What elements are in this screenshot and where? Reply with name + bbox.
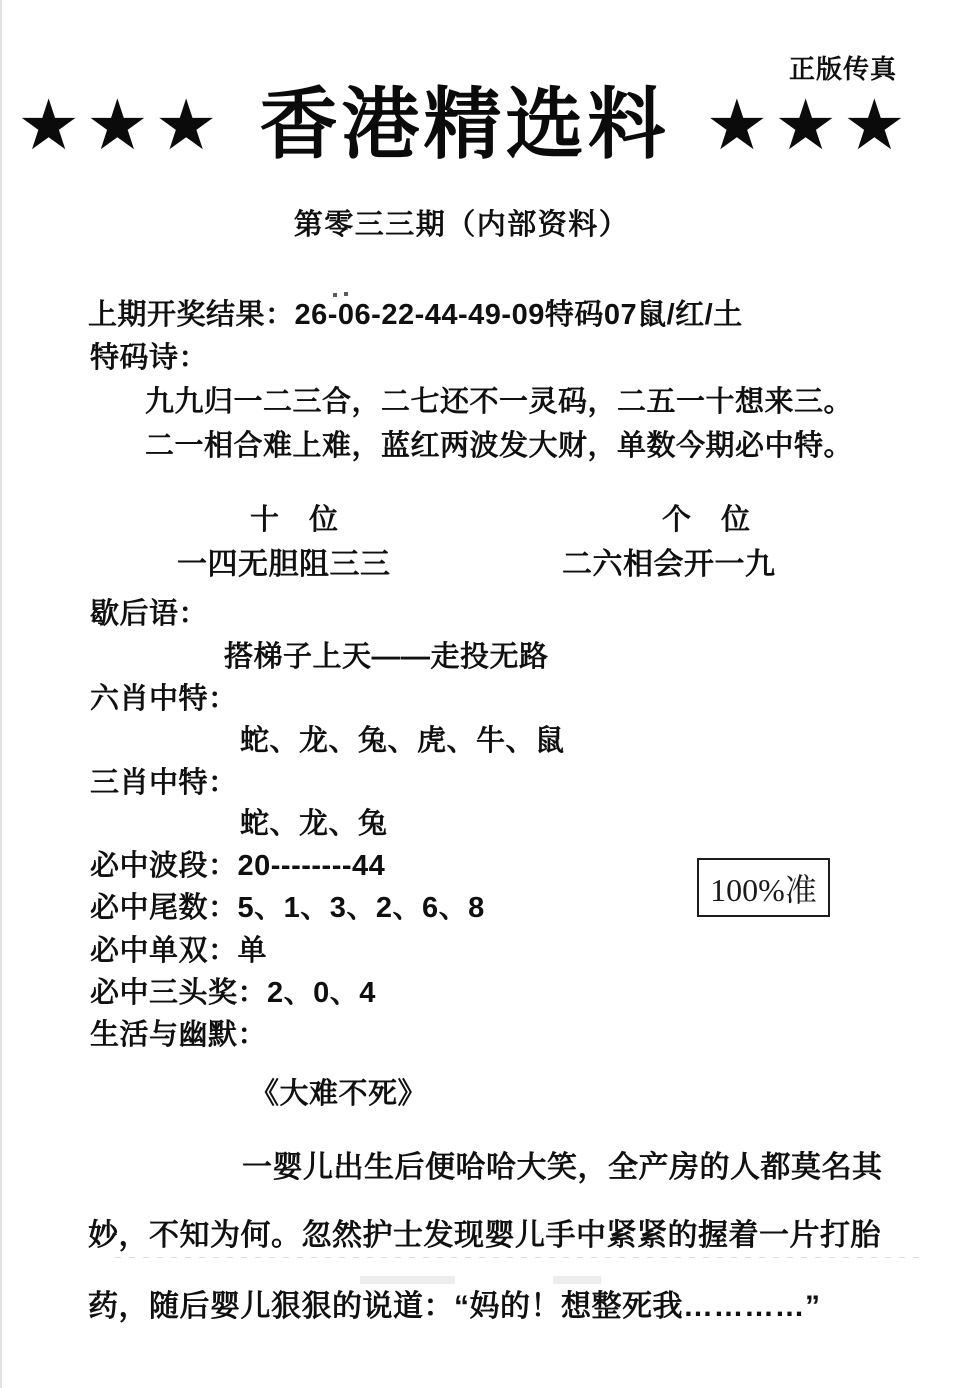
scan-dot-artifact: [344, 292, 348, 296]
issue-subtitle: 第零三三期（内部资料）: [0, 202, 977, 243]
humor-story-line-2: 妙，不知为何。忽然护士发现婴儿手中紧紧的握着一片打胎: [88, 1219, 881, 1254]
tens-digit-phrase: 一四无胆阻三三: [177, 548, 391, 583]
stars-right-icon: ★★★: [706, 90, 912, 160]
xiehouyu-label: 歇后语：: [90, 598, 208, 631]
six-zodiac-value: 蛇、龙、兔、虎、牛、鼠: [240, 725, 565, 758]
wave-range-pick: 必中波段：20--------44: [90, 850, 385, 883]
six-zodiac-label: 六肖中特：: [90, 683, 238, 716]
special-poem-line-1: 九九归一二三合，二七还不一灵码，二五一十想来三。: [145, 386, 853, 419]
page-title: 香港精选料: [259, 84, 669, 166]
fax-document-page: 正版传真 ★★★ 香港精选料 ★★★ 第零三三期（内部资料） 上期开奖结果：26…: [0, 0, 977, 1388]
tens-digit-header: 十 位: [250, 504, 339, 537]
three-heads-pick: 必中三头奖：2、0、4: [90, 977, 376, 1010]
ones-digit-phrase: 二六相会开一九: [562, 548, 776, 583]
accuracy-badge: 100%准: [697, 858, 830, 917]
humor-section-label: 生活与幽默：: [90, 1019, 267, 1052]
title-row: ★★★ 香港精选料 ★★★: [0, 84, 977, 166]
three-zodiac-label: 三肖中特：: [90, 767, 238, 800]
scan-line-artifact: [115, 1257, 925, 1258]
three-zodiac-value: 蛇、龙、兔: [240, 808, 388, 841]
scan-dot-artifact: [333, 293, 337, 297]
scan-smudge-artifact: [360, 1276, 455, 1284]
ones-digit-header: 个 位: [662, 504, 751, 537]
odd-even-pick: 必中单双：单: [90, 935, 267, 968]
xiehouyu-text: 搭梯子上天——走投无路: [224, 641, 549, 674]
last-draw-result: 上期开奖结果：26-06-22-44-49-09特码07鼠/红/土: [88, 299, 743, 332]
humor-story-line-3: 药，随后婴儿狠狠的说道：“妈的！想整死我…………”: [88, 1290, 821, 1325]
fax-authenticity-label: 正版传真: [789, 55, 897, 85]
scan-smudge-artifact: [553, 1276, 601, 1284]
humor-story-line-1: 一婴儿出生后便哈哈大笑，全产房的人都莫名其: [242, 1151, 883, 1186]
humor-story-title: 《大难不死》: [250, 1078, 427, 1111]
special-poem-line-2: 二一相合难上难，蓝红两波发大财，单数今期必中特。: [145, 430, 853, 463]
tail-numbers-pick: 必中尾数：5、1、3、2、6、8: [90, 892, 485, 925]
stars-left-icon: ★★★: [17, 90, 223, 160]
special-poem-label: 特码诗：: [90, 342, 208, 375]
